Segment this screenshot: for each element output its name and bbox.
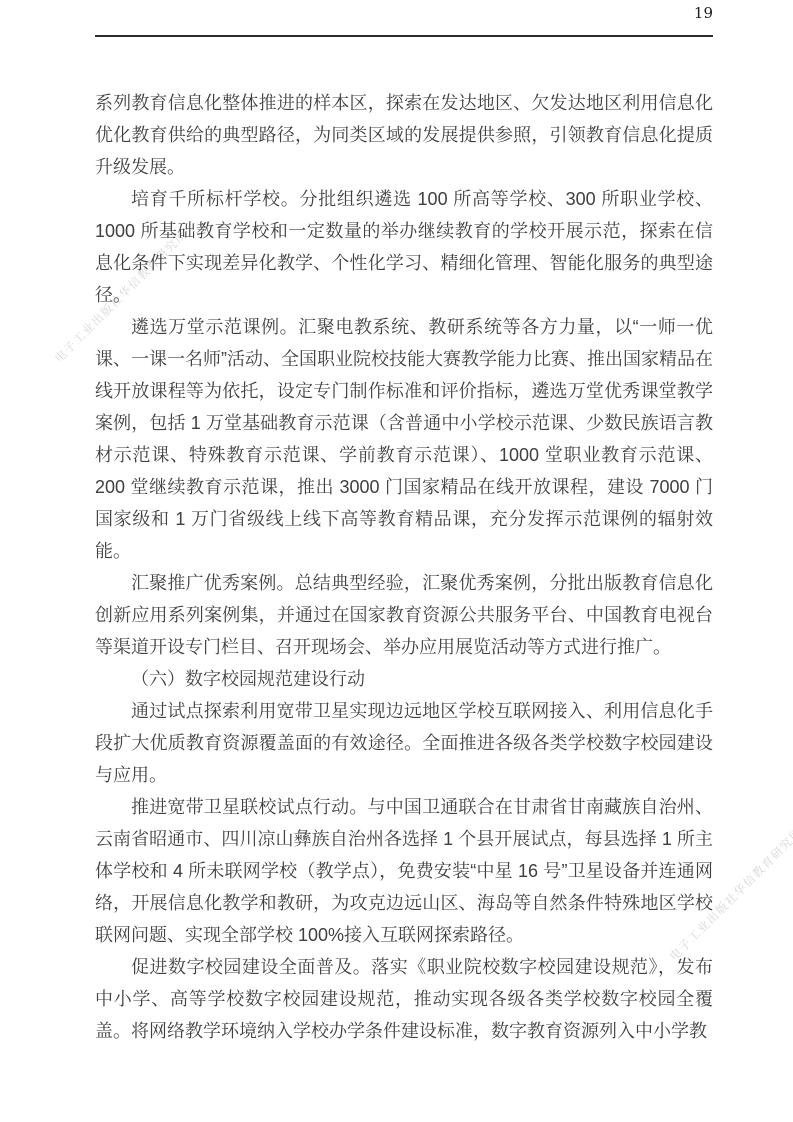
page-number: 19 — [95, 4, 713, 22]
paragraph-cutoff: 促进数字校园建设全面普及。落实《职业院校数字校园建设规范》，发布中小学、高等学校… — [95, 951, 713, 1047]
document-page: { "page": { "number": "19", "watermark":… — [0, 0, 793, 1122]
section-heading: （六）数字校园规范建设行动 — [95, 663, 713, 695]
paragraph-continuation: 系列教育信息化整体推进的样本区，探索在发达地区、欠发达地区利用信息化优化教育供给… — [95, 87, 713, 183]
paragraph: 通过试点探索利用宽带卫星实现边远地区学校互联网接入、利用信息化手段扩大优质教育资… — [95, 695, 713, 791]
header-rule — [95, 35, 713, 37]
document-body: 系列教育信息化整体推进的样本区，探索在发达地区、欠发达地区利用信息化优化教育供给… — [95, 87, 713, 1047]
paragraph: 汇聚推广优秀案例。总结典型经验，汇聚优秀案例，分批出版教育信息化创新应用系列案例… — [95, 567, 713, 663]
paragraph: 遴选万堂示范课例。汇聚电教系统、教研系统等各方力量，以“一师一优课、一课一名师”… — [95, 311, 713, 567]
paragraph: 培育千所标杆学校。分批组织遴选 100 所高等学校、300 所职业学校、1000… — [95, 183, 713, 311]
paragraph: 推进宽带卫星联校试点行动。与中国卫通联合在甘肃省甘南藏族自治州、云南省昭通市、四… — [95, 791, 713, 951]
